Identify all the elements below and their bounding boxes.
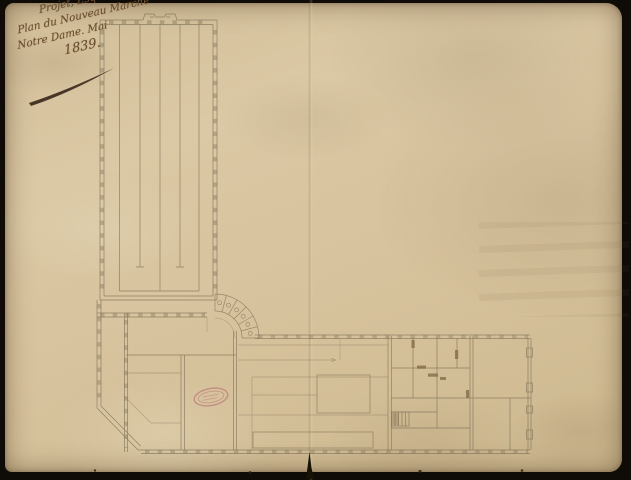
- paper-stains: [5, 3, 622, 472]
- scanned-document: Projet, Esquisse et Plan du Nouveau Marc…: [0, 0, 631, 480]
- paper-sheet: [5, 3, 622, 472]
